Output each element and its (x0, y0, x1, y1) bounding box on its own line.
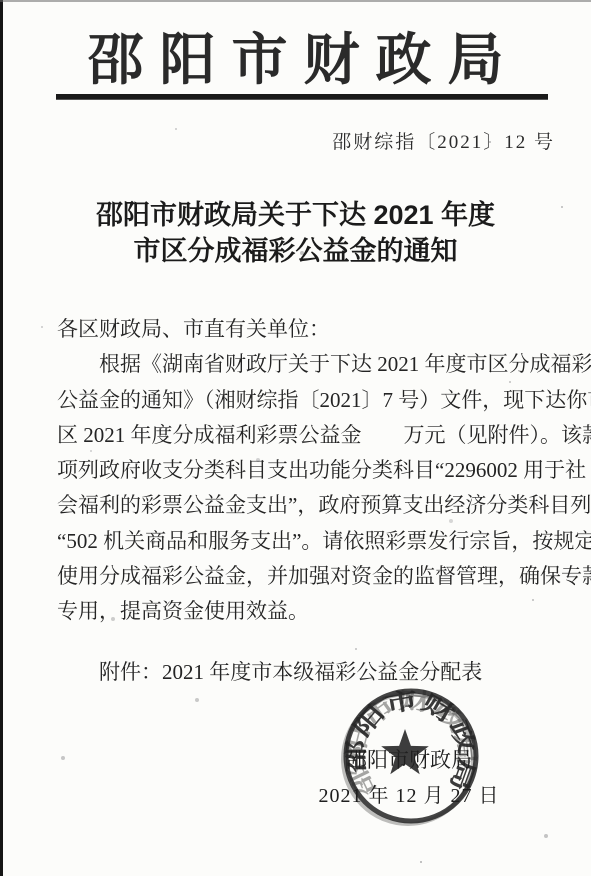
body-line: 公益金的通知》（湘财综指〔2021〕7 号）文件，现下达你市 (57, 383, 560, 418)
letterhead-divider (56, 94, 548, 99)
issuer-signature: 邵阳市财政局 (326, 744, 492, 774)
body-line: 项列政府收支分类科目支出功能分类科目“2296002 用于社 (57, 453, 560, 488)
letterhead-title: 邵阳市财政局 (0, 16, 591, 96)
salutation: 各区财政局、市直有关单位： (57, 312, 560, 347)
scanned-document-page: 邵阳市财政局 邵财综指〔2021〕12 号 邵阳市财政局关于下达 2021 年度… (0, 0, 591, 876)
scan-noise (0, 0, 2, 2)
document-title-line-1: 邵阳市财政局关于下达 2021 年度 (0, 197, 591, 233)
document-number: 邵财综指〔2021〕12 号 (332, 127, 555, 154)
body-line: 使用分成福彩公益金，并加强对资金的监督管理，确保专款 (57, 559, 560, 594)
body-line: 根据《湖南省财政厅关于下达 2021 年度市区分成福彩 (57, 347, 560, 382)
document-title: 邵阳市财政局关于下达 2021 年度 市区分成福彩公益金的通知 (0, 197, 591, 269)
document-title-line-2: 市区分成福彩公益金的通知 (0, 233, 591, 269)
issue-date: 2021 年 12 月 27 日 (318, 779, 500, 808)
body-line: 区 2021 年度分成福利彩票公益金 万元（见附件）。该款 (57, 418, 560, 453)
body-line: 专用，提高资金使用效益。 (57, 594, 560, 629)
body-line: “502 机关商品和服务支出”。请依照彩票发行宗旨，按规定 (57, 524, 560, 559)
body-text: 各区财政局、市直有关单位： 根据《湖南省财政厅关于下达 2021 年度市区分成福… (57, 312, 560, 630)
body-line: 会福利的彩票公益金支出”，政府预算支出经济分类科目列 (57, 488, 560, 523)
scan-edge-artifact-top (0, 0, 591, 2)
scan-edge-artifact-left (0, 0, 3, 876)
